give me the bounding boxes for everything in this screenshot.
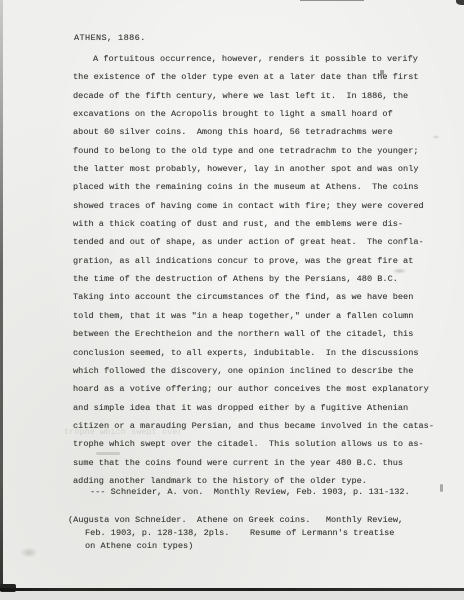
text-line: A fortuitous occurrence, however, render… xyxy=(73,50,434,68)
text-line: about 60 silver coins. Among this hoard,… xyxy=(73,123,434,141)
scan-corner-mark xyxy=(456,0,464,5)
text-line: placed with the remaining coins in the m… xyxy=(73,178,434,196)
text-line: the latter most probably, however, lay i… xyxy=(73,160,434,178)
note-block: (Augusta von Schneider. Athene on Greek … xyxy=(68,514,403,553)
text-line: Taking into account the circumstances of… xyxy=(73,288,434,306)
text-line: and simple idea that it was dropped eith… xyxy=(73,399,434,417)
text-line: found to belong to the old type and one … xyxy=(73,142,434,160)
scan-top-edge-artifact xyxy=(300,0,364,1)
text-line: the time of the destruction of Athens by… xyxy=(73,270,434,288)
text-line: decade of the fifth century, where we la… xyxy=(73,87,434,105)
paper-smudge xyxy=(20,547,38,558)
paper-smudge xyxy=(440,484,443,492)
ghost-overprint-text: trophe which swept over xyxy=(64,427,183,437)
text-line: tended and out of shape, as under action… xyxy=(73,233,434,251)
page-heading: ATHENS, 1886. xyxy=(74,33,146,43)
text-line: trophe which swept over the citadel. Thi… xyxy=(73,435,434,453)
text-line: excavations on the Acropolis brought to … xyxy=(73,105,434,123)
body-paragraph: A fortuitous occurrence, however, render… xyxy=(73,50,434,490)
citation-line: --- Schneider, A. von. Monthly Review, F… xyxy=(90,487,410,497)
text-line: (Augusta von Schneider. Athene on Greek … xyxy=(68,514,403,527)
text-line: sume that the coins found were current i… xyxy=(73,454,434,472)
text-line: Feb. 1903, p. 128-138, 2pls. Resume of L… xyxy=(85,527,403,540)
text-line: told them, that it was "in a heap togeth… xyxy=(73,307,434,325)
text-line: hoard as a votive offering; our author c… xyxy=(73,380,434,398)
scan-left-edge-artifact xyxy=(0,0,3,600)
text-line: showed traces of having come in contact … xyxy=(73,197,434,215)
scan-bottom-edge-artifact xyxy=(0,588,464,591)
scan-below-page-area xyxy=(0,591,464,600)
text-line: with a thick coating of dust and rust, a… xyxy=(73,215,434,233)
text-line: on Athene coin types) xyxy=(85,540,403,553)
scanned-document-page: ATHENS, 1886. A fortuitous occurrence, h… xyxy=(0,0,464,600)
text-line: between the Erechtheion and the northern… xyxy=(73,325,434,343)
text-line: which followed the discovery, one opinio… xyxy=(73,362,434,380)
text-line: gration, as all indications concur to pr… xyxy=(73,252,434,270)
text-line: conclusion seemed, to all experts, indub… xyxy=(73,344,434,362)
text-line: the existence of the older type even at … xyxy=(73,68,434,86)
